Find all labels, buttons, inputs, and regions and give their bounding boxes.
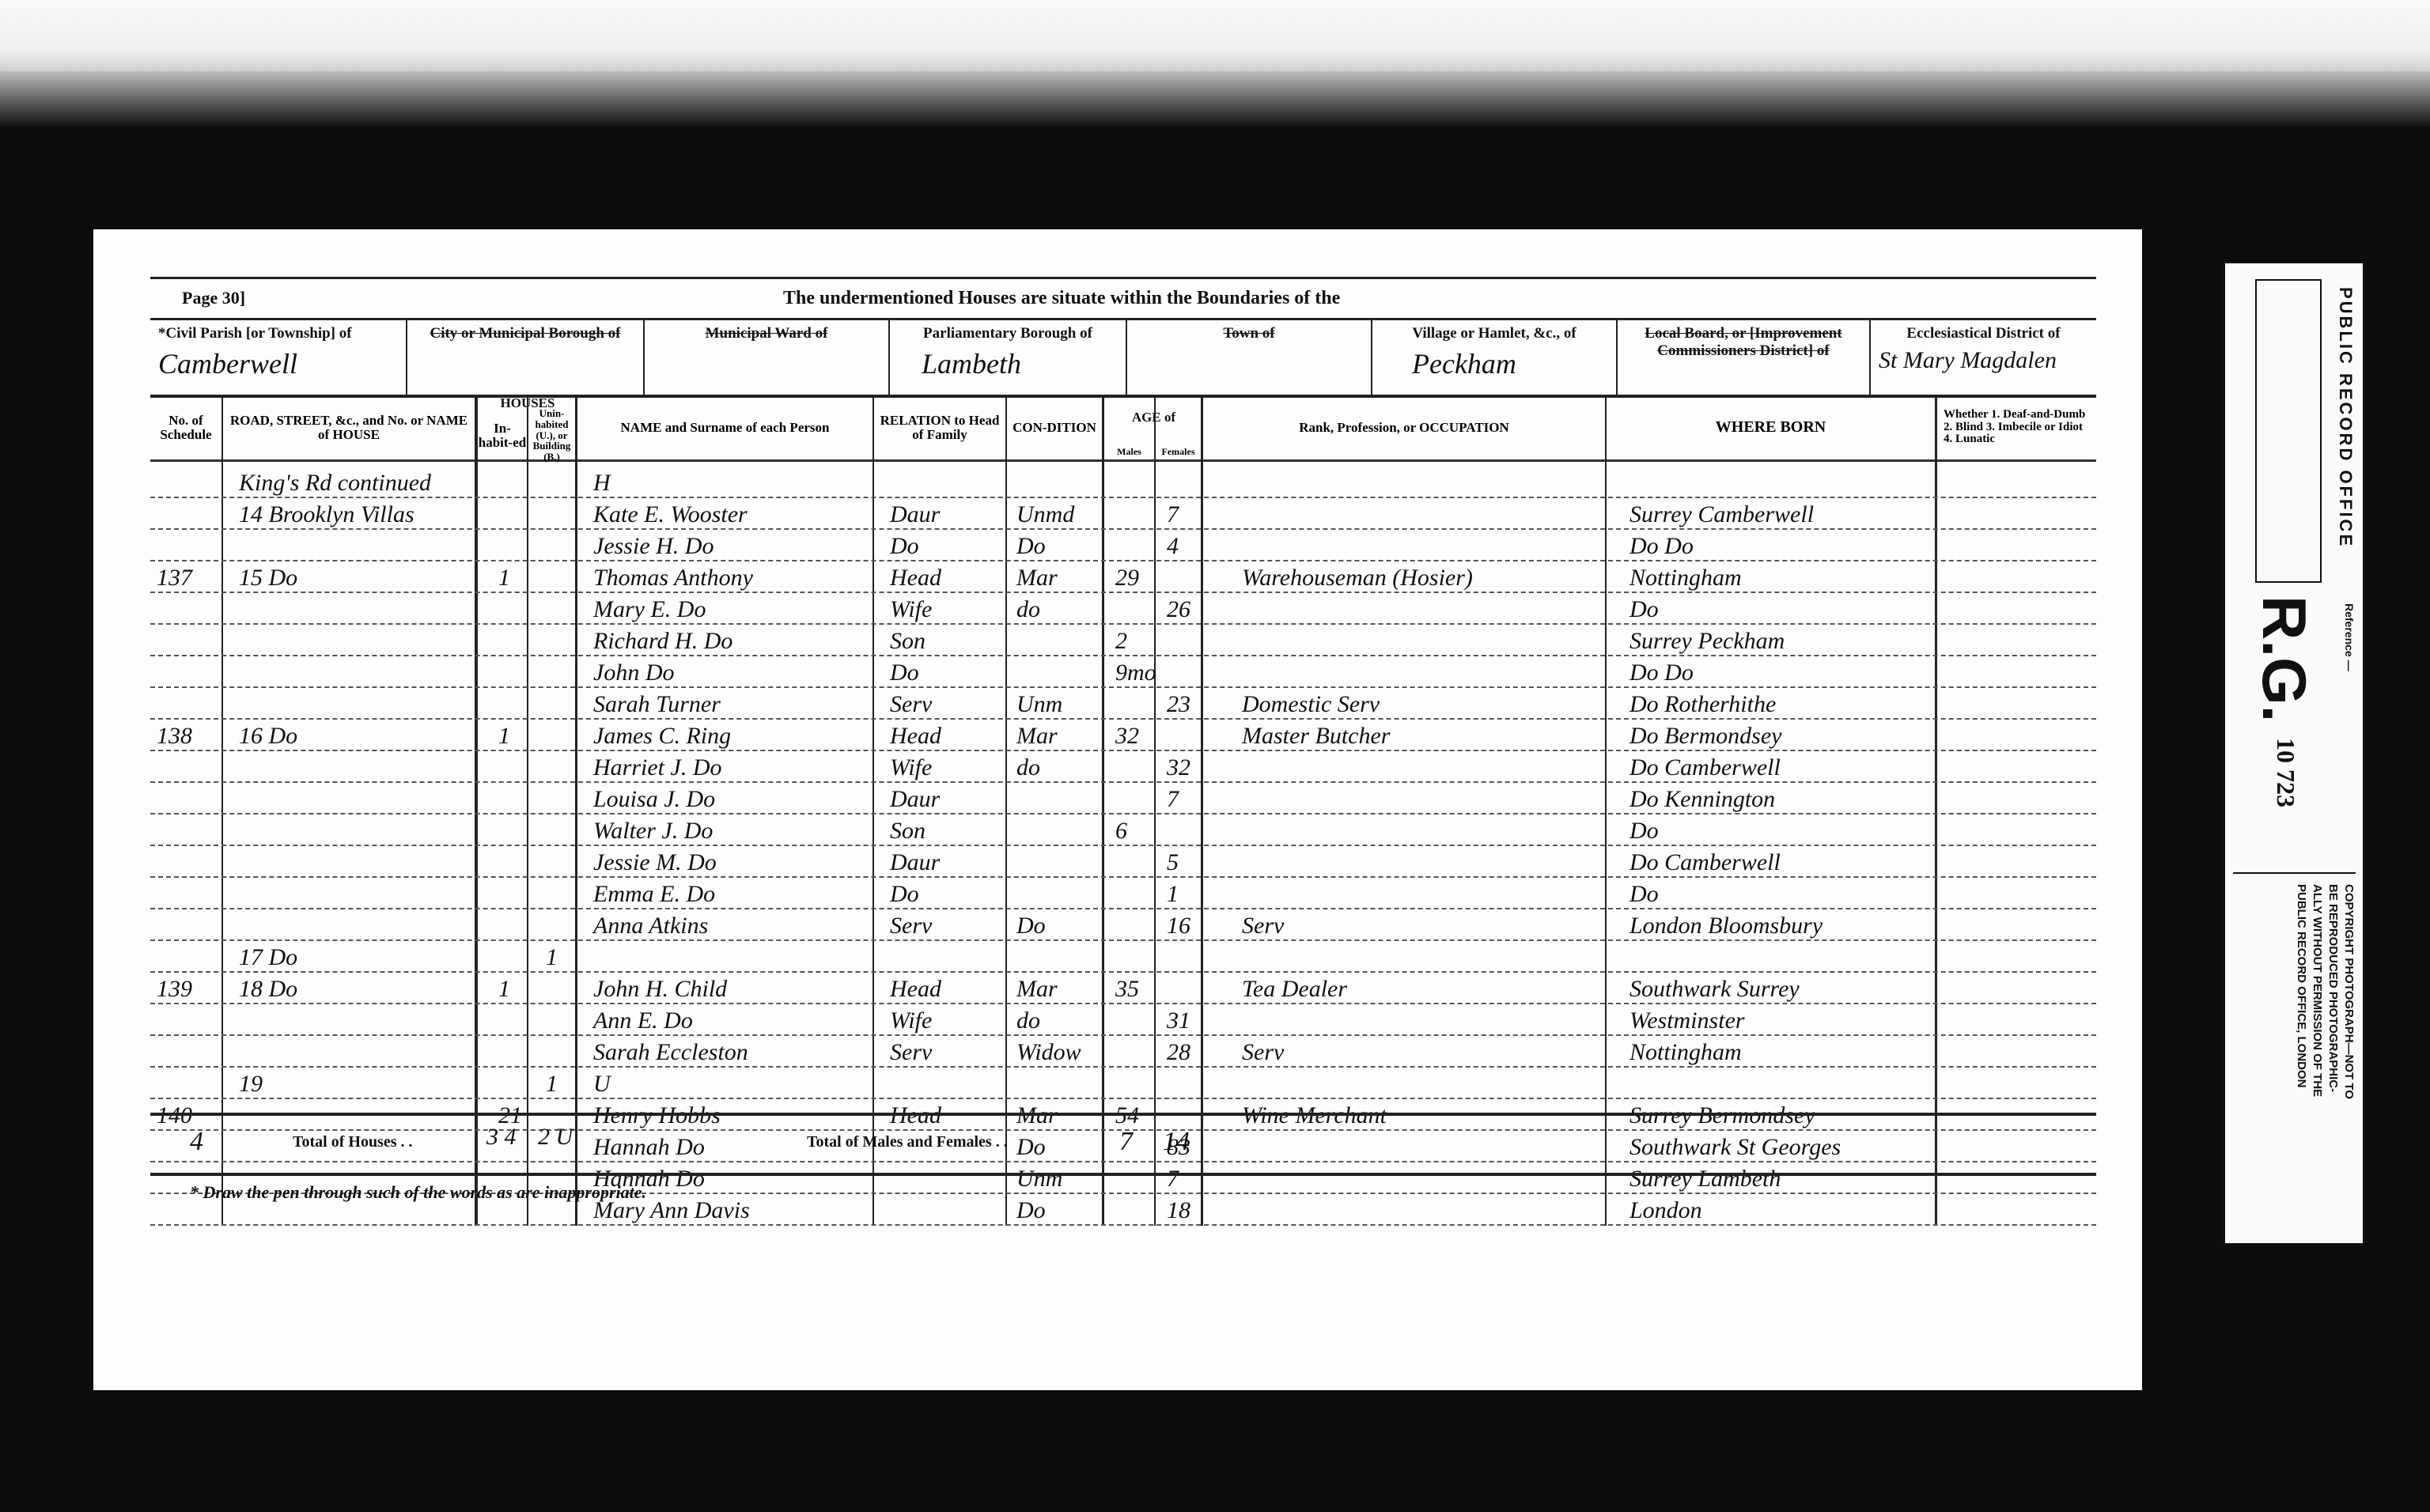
cell-condition: do: [1016, 1007, 1040, 1034]
cell-occupation: Tea Dealer: [1242, 976, 1347, 1003]
cell-relation: Daur: [890, 786, 940, 813]
cell-relation: Do: [890, 881, 919, 908]
row-rule: [150, 813, 2096, 815]
film-margin-top: [0, 0, 2430, 71]
record-office-label: PUBLIC RECORD OFFICE: [2335, 287, 2356, 548]
page-number: Page 30]: [182, 288, 245, 308]
cell-condition: Unm: [1016, 691, 1062, 718]
cell-born: Southwark Surrey: [1629, 976, 1800, 1003]
cell-relation: Serv: [890, 913, 932, 939]
cell-relation: Daur: [890, 849, 940, 876]
cell-name: Emma E. Do: [593, 881, 715, 908]
cell-name: John Do: [593, 660, 674, 686]
col-uninhabited: Unin-habited (U.), or Building (B.): [528, 395, 577, 1226]
census-table: No. of Schedule ROAD, STREET, &c., and N…: [150, 395, 2096, 1368]
row-rule: [150, 686, 2096, 688]
row-rule: [150, 592, 2096, 593]
division-ecclesiastical: Ecclesiastical District of St Mary Magda…: [1871, 320, 2096, 395]
cell-female: 26: [1167, 596, 1190, 623]
total-inhabited: 3 4: [486, 1124, 517, 1151]
row-rule: [150, 971, 2096, 973]
totals-row: 4 Total of Houses . . 3 4 2 U Total of M…: [150, 1113, 2096, 1176]
cell-condition: Do: [1016, 913, 1046, 939]
row-rule: [150, 560, 2096, 561]
cell-born: Do: [1629, 818, 1659, 845]
reference-label: Reference —: [2343, 603, 2356, 671]
reference-class: R.G.: [2248, 595, 2320, 722]
row-rule: [150, 845, 2096, 846]
col-schedule: No. of Schedule: [150, 395, 223, 1226]
reference-strip: PUBLIC RECORD OFFICE Reference — R.G. 10…: [2223, 261, 2365, 1246]
cell-road: 18 Do: [239, 976, 297, 1003]
cell-schedule: 137: [157, 565, 192, 592]
cell-female: 7: [1167, 786, 1179, 813]
cell-condition: Do: [1016, 533, 1046, 560]
cell-female: 1: [1167, 881, 1179, 908]
row-rule: [150, 1034, 2096, 1036]
cell-road: 14 Brooklyn Villas: [239, 501, 414, 528]
cell-male: 29: [1115, 565, 1139, 592]
cell-occupation: Domestic Serv: [1242, 691, 1380, 718]
total-females: 14: [1163, 1127, 1190, 1157]
division-local-board: Local Board, or [Improvement Commissione…: [1618, 320, 1871, 395]
col-occupation: Rank, Profession, or OCCUPATION: [1203, 395, 1607, 1226]
division-municipal-ward: Municipal Ward of: [645, 320, 890, 395]
cell-condition: Unmd: [1016, 501, 1074, 528]
cell-name: James C. Ring: [593, 723, 731, 750]
cell-born: London: [1629, 1197, 1702, 1224]
cell-name: Richard H. Do: [593, 628, 732, 655]
total-uninhabited: 2 U: [538, 1124, 573, 1151]
cell-born: Westminster: [1629, 1007, 1745, 1034]
cell-relation: Do: [890, 533, 919, 560]
cell-female: 5: [1167, 849, 1179, 876]
cell-name: Anna Atkins: [593, 913, 708, 939]
row-rule: [150, 528, 2096, 530]
cell-born: Do Do: [1629, 660, 1694, 686]
cell-female: 16: [1167, 913, 1190, 939]
cell-name: Harriet J. Do: [593, 754, 721, 781]
row-rule: [150, 781, 2096, 783]
cell-name: Jessie M. Do: [593, 849, 717, 876]
top-rule: [150, 277, 2096, 279]
row-rule: [150, 1098, 2096, 1099]
cell-uninhabited: 1: [546, 944, 558, 971]
cell-condition: do: [1016, 754, 1040, 781]
film-shadow: [0, 71, 2430, 127]
age-header: AGE of: [1104, 410, 1203, 425]
cell-road: King's Rd continued: [239, 470, 431, 497]
total-persons-label: Total of Males and Females . .: [807, 1133, 1008, 1151]
cell-born: Do Kennington: [1629, 786, 1775, 813]
cell-born: Do: [1629, 881, 1659, 908]
cell-female: 31: [1167, 1007, 1190, 1034]
division-town: Town of: [1127, 320, 1372, 395]
division-village: Village or Hamlet, &c., of Peckham: [1372, 320, 1618, 395]
cell-female: 23: [1167, 691, 1190, 718]
cell-name: Thomas Anthony: [593, 565, 753, 592]
cell-born: Do: [1629, 596, 1659, 623]
copyright-line-1: COPYRIGHT PHOTOGRAPH—NOT TO: [2342, 884, 2356, 1099]
cell-name: Walter J. Do: [593, 818, 713, 845]
cell-male: 2: [1115, 628, 1127, 655]
cell-female: 32: [1167, 754, 1190, 781]
row-rule: [150, 655, 2096, 656]
total-schedules: 4: [190, 1127, 203, 1157]
row-rule: [150, 1003, 2096, 1004]
cell-name: H: [593, 470, 611, 497]
row-rule: [150, 1224, 2096, 1226]
cell-condition: Mar: [1016, 723, 1058, 750]
cell-inhabited: 1: [498, 565, 510, 592]
cell-relation: Do: [890, 660, 919, 686]
row-rule: [150, 908, 2096, 909]
cell-male: 32: [1115, 723, 1139, 750]
cell-born: London Bloomsbury: [1629, 913, 1822, 939]
footnote: * Draw the pen through such of the words…: [190, 1182, 646, 1203]
cell-occupation: Serv: [1242, 1039, 1284, 1066]
cell-female: 4: [1167, 533, 1179, 560]
cell-relation: Wife: [890, 754, 932, 781]
cell-female: 28: [1167, 1039, 1190, 1066]
cell-schedule: 139: [157, 976, 192, 1003]
row-rule: [150, 623, 2096, 625]
cell-inhabited: 1: [498, 976, 510, 1003]
cell-male: 6: [1115, 818, 1127, 845]
cell-male: 9mo: [1115, 660, 1156, 686]
cell-occupation: Serv: [1242, 913, 1284, 939]
cell-male: 35: [1115, 976, 1139, 1003]
col-inhabited: In-habit-ed: [478, 395, 528, 1226]
cell-born: Do Do: [1629, 533, 1694, 560]
cell-schedule: 138: [157, 723, 192, 750]
cell-relation: Serv: [890, 691, 932, 718]
cell-condition: Do: [1016, 1197, 1046, 1224]
cell-condition: Widow: [1016, 1039, 1081, 1066]
row-rule: [150, 1066, 2096, 1068]
administrative-divisions: *Civil Parish [or Township] of Camberwel…: [150, 318, 2096, 398]
cell-inhabited: 1: [498, 723, 510, 750]
cell-condition: Mar: [1016, 565, 1058, 592]
cell-born: Nottingham: [1629, 1039, 1742, 1066]
division-civil-parish: *Civil Parish [or Township] of Camberwel…: [150, 320, 407, 395]
copyright-line-2: BE REPRODUCED PHOTOGRAPHIC-: [2326, 884, 2340, 1092]
cell-relation: Son: [890, 818, 925, 845]
row-rule: [150, 750, 2096, 751]
copyright-line-4: PUBLIC RECORD OFFICE, LONDON: [2295, 884, 2308, 1088]
cell-condition: do: [1016, 596, 1040, 623]
cell-relation: Son: [890, 628, 925, 655]
cell-name: Sarah Turner: [593, 691, 721, 718]
cell-name: Mary E. Do: [593, 596, 706, 623]
row-rule: [150, 876, 2096, 878]
cell-born: Nottingham: [1629, 565, 1742, 592]
col-infirmity: Whether 1. Deaf-and-Dumb 2. Blind 3. Imb…: [1937, 395, 2096, 1226]
cell-uninhabited: 1: [546, 1071, 558, 1098]
cell-condition: Mar: [1016, 976, 1058, 1003]
row-rule: [150, 718, 2096, 720]
form-title: The undermentioned Houses are situate wi…: [783, 288, 1340, 309]
row-rule: [150, 497, 2096, 498]
cell-female: 7: [1167, 501, 1179, 528]
cell-name: Louisa J. Do: [593, 786, 715, 813]
row-rule: [150, 939, 2096, 941]
copyright-line-3: ALLY WITHOUT PERMISSION OF THE: [2311, 884, 2324, 1097]
cell-born: Do Camberwell: [1629, 849, 1781, 876]
col-age-females: Females: [1156, 395, 1203, 1226]
division-parliamentary-borough: Parliamentary Borough of Lambeth: [890, 320, 1127, 395]
cell-relation: Head: [890, 723, 941, 750]
cell-occupation: Master Butcher: [1242, 723, 1390, 750]
cell-name: John H. Child: [593, 976, 727, 1003]
total-houses-label: Total of Houses . .: [293, 1133, 413, 1151]
cell-relation: Head: [890, 565, 941, 592]
cell-name: U: [593, 1071, 611, 1098]
cell-road: 15 Do: [239, 565, 297, 592]
cell-born: Do Camberwell: [1629, 754, 1781, 781]
division-municipal-borough: City or Municipal Borough of: [407, 320, 645, 395]
scale-ruler: [2255, 279, 2322, 583]
total-males: 7: [1119, 1127, 1133, 1157]
cell-road: 19: [239, 1071, 263, 1098]
cell-relation: Daur: [890, 501, 940, 528]
cell-road: 16 Do: [239, 723, 297, 750]
cell-name: Kate E. Wooster: [593, 501, 748, 528]
cell-relation: Head: [890, 976, 941, 1003]
cell-born: Do Bermondsey: [1629, 723, 1781, 750]
cell-name: Ann E. Do: [593, 1007, 693, 1034]
copyright-divider: [2233, 872, 2356, 874]
cell-born: Surrey Peckham: [1629, 628, 1785, 655]
cell-occupation: Warehouseman (Hosier): [1242, 565, 1473, 592]
cell-relation: Wife: [890, 1007, 932, 1034]
census-form: Page 30] The undermentioned Houses are s…: [150, 277, 2118, 1305]
cell-relation: Serv: [890, 1039, 932, 1066]
cell-born: Surrey Camberwell: [1629, 501, 1814, 528]
cell-female: 18: [1167, 1197, 1190, 1224]
cell-born: Do Rotherhithe: [1629, 691, 1776, 718]
cell-name: Jessie H. Do: [593, 533, 713, 560]
cell-relation: Wife: [890, 596, 932, 623]
cell-name: Sarah Eccleston: [593, 1039, 748, 1066]
houses-header: HOUSES: [478, 395, 577, 411]
col-age-males: Males: [1104, 395, 1156, 1226]
reference-piece: 10 723: [2271, 738, 2300, 807]
cell-road: 17 Do: [239, 944, 297, 971]
